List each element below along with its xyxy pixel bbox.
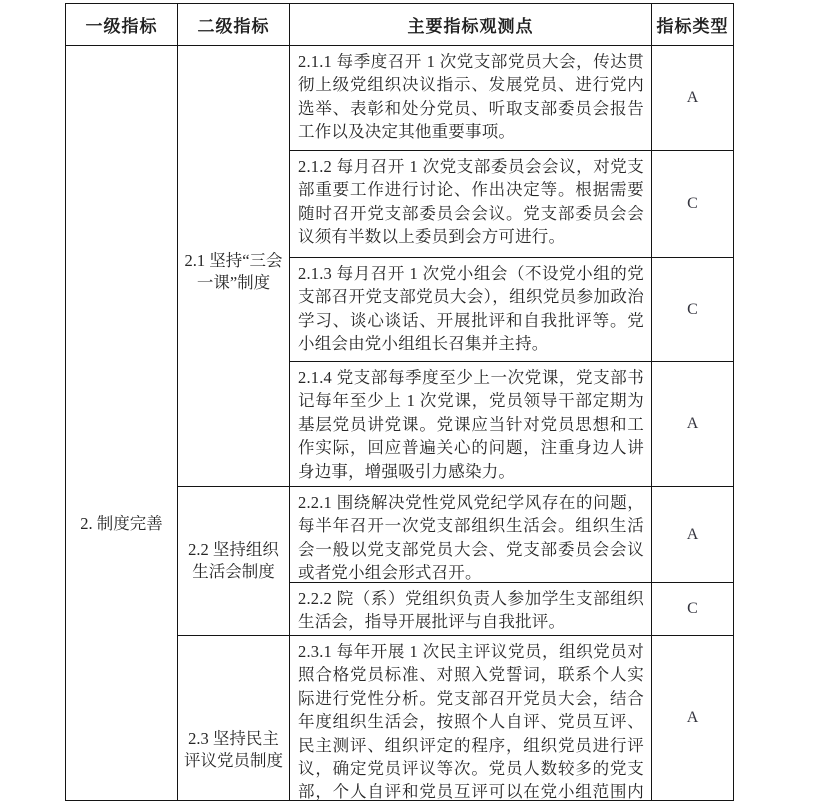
level2-indicator-cell-2-2: 2.2 坚持组织生活会制度 <box>178 487 290 636</box>
indicator-table: 一级指标 二级指标 主要指标观测点 指标类型 2. 制度完善 2.1 坚持“三会… <box>65 3 734 801</box>
column-header-level1-indicator: 一级指标 <box>66 4 178 46</box>
indicator-type-cell-2-2-2: C <box>652 583 734 636</box>
level1-indicator-cell: 2. 制度完善 <box>66 46 178 801</box>
level2-indicator-label: 2.3 坚持民主评议党员制度 <box>183 728 284 772</box>
observation-cell-2-2-1: 2.2.1 围绕解决党性党风党纪学风存在的问题，每半年召开一次党支部组织生活会。… <box>290 487 652 583</box>
column-header-level2-indicator: 二级指标 <box>178 4 290 46</box>
observation-cell-2-1-1: 2.1.1 每季度召开 1 次党支部党员大会，传达贯彻上级党组织决议指示、发展党… <box>290 46 652 151</box>
level1-indicator-label: 2. 制度完善 <box>80 510 163 534</box>
level2-indicator-label: 2.1 坚持“三会一课”制度 <box>183 250 284 294</box>
observation-cell-2-3-1: 2.3.1 每年开展 1 次民主评议党员，组织党员对照合格党员标准、对照入党誓词… <box>290 636 652 801</box>
observation-cell-2-2-2: 2.2.2 院（系）党组织负责人参加学生支部组织生活会，指导开展批评与自我批评。 <box>290 583 652 636</box>
indicator-type-cell-2-3-1: A <box>652 636 734 801</box>
observation-cell-2-1-4: 2.1.4 党支部每季度至少上一次党课，党支部书记每年至少上 1 次党课，党员领… <box>290 362 652 487</box>
observation-cell-2-1-2: 2.1.2 每月召开 1 次党支部委员会会议，对党支部重要工作进行讨论、作出决定… <box>290 151 652 258</box>
column-header-indicator-type: 指标类型 <box>652 4 734 46</box>
observation-cell-2-1-3: 2.1.3 每月召开 1 次党小组会（不设党小组的党支部召开党支部党员大会），组… <box>290 258 652 362</box>
level2-indicator-label: 2.2 坚持组织生活会制度 <box>183 539 284 583</box>
indicator-type-cell-2-1-3: C <box>652 258 734 362</box>
indicator-type-cell-2-1-4: A <box>652 362 734 487</box>
level2-indicator-cell-2-1: 2.1 坚持“三会一课”制度 <box>178 46 290 487</box>
indicator-type-cell-2-1-2: C <box>652 151 734 258</box>
indicator-type-cell-2-1-1: A <box>652 46 734 151</box>
level2-indicator-cell-2-3: 2.3 坚持民主评议党员制度 <box>178 636 290 801</box>
indicator-type-cell-2-2-1: A <box>652 487 734 583</box>
column-header-observation-points: 主要指标观测点 <box>290 4 652 46</box>
